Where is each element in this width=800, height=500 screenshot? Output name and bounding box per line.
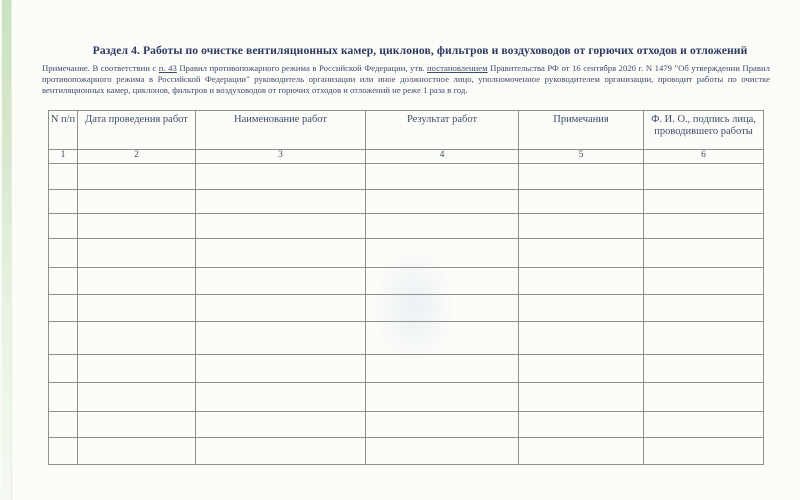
works-log-table: N п/п Дата проведения работ Наименование… [48,110,764,465]
column-number: 6 [644,149,764,163]
empty-cell [196,294,366,321]
empty-cell [519,267,644,294]
empty-log-row [49,321,764,354]
empty-cell [366,238,519,267]
col-header-work-name: Наименование работ [196,110,366,149]
empty-cell [196,163,366,189]
column-number: 4 [366,149,519,163]
empty-cell [78,163,196,189]
empty-cell [78,267,196,294]
note-text-before-link1: Примечание. В соответствии с [42,63,159,73]
empty-rows-body [49,163,764,464]
empty-cell [644,321,764,354]
empty-cell [49,321,78,354]
empty-cell [49,238,78,267]
empty-cell [196,382,366,411]
document-content: Раздел 4. Работы по очистке вентиляционн… [42,0,770,465]
empty-cell [644,189,764,213]
empty-log-row [49,411,764,437]
empty-log-row [49,437,764,464]
empty-cell [644,382,764,411]
note-link-postanovlenie: постановлением [427,63,488,73]
empty-cell [519,411,644,437]
empty-cell [366,213,519,238]
empty-cell [519,238,644,267]
empty-cell [519,163,644,189]
col-header-result: Результат работ [366,110,519,149]
empty-cell [196,213,366,238]
empty-cell [49,163,78,189]
empty-cell [49,213,78,238]
empty-cell [519,213,644,238]
col-header-notes: Примечания [519,110,644,149]
empty-cell [49,294,78,321]
section-title: Раздел 4. Работы по очистке вентиляционн… [42,44,770,57]
empty-cell [519,437,644,464]
empty-cell [78,238,196,267]
empty-cell [366,321,519,354]
empty-cell [78,382,196,411]
empty-cell [49,267,78,294]
empty-cell [366,267,519,294]
empty-cell [644,238,764,267]
empty-cell [49,189,78,213]
empty-cell [366,163,519,189]
column-number: 5 [519,149,644,163]
col-header-npp: N п/п [49,110,78,149]
scan-edge-strip [0,0,12,500]
empty-log-row [49,163,764,189]
empty-cell [49,382,78,411]
empty-cell [78,411,196,437]
empty-cell [519,354,644,382]
empty-cell [196,411,366,437]
empty-log-row [49,213,764,238]
note-paragraph: Примечание. В соответствии с п. 43 Прави… [42,63,770,96]
empty-log-row [49,294,764,321]
empty-cell [196,189,366,213]
empty-log-row [49,238,764,267]
empty-cell [519,189,644,213]
empty-cell [644,437,764,464]
empty-cell [644,163,764,189]
empty-cell [366,189,519,213]
column-number: 1 [49,149,78,163]
table-header-row: N п/п Дата проведения работ Наименование… [49,110,764,149]
empty-cell [366,382,519,411]
empty-cell [519,294,644,321]
empty-cell [196,267,366,294]
column-number: 3 [196,149,366,163]
empty-log-row [49,354,764,382]
empty-cell [196,437,366,464]
empty-cell [196,238,366,267]
empty-cell [644,354,764,382]
empty-log-row [49,189,764,213]
empty-cell [519,321,644,354]
empty-cell [519,382,644,411]
empty-log-row [49,267,764,294]
empty-cell [366,411,519,437]
empty-cell [366,437,519,464]
col-header-date: Дата проведения работ [78,110,196,149]
empty-cell [78,294,196,321]
empty-cell [78,213,196,238]
column-number: 2 [78,149,196,163]
empty-cell [78,321,196,354]
empty-cell [644,411,764,437]
empty-log-row [49,382,764,411]
empty-cell [196,321,366,354]
note-link-p43: п. 43 [159,63,177,73]
empty-cell [78,354,196,382]
empty-cell [366,294,519,321]
col-header-fio-signature: Ф. И. О., подпись лица, проводившего раб… [644,110,764,149]
note-text-between-links: Правил противопожарного режима в Российс… [177,63,427,73]
empty-cell [644,267,764,294]
empty-cell [49,437,78,464]
empty-cell [78,437,196,464]
empty-cell [644,294,764,321]
empty-cell [366,354,519,382]
empty-cell [196,354,366,382]
column-number-row: 1 2 3 4 5 6 [49,149,764,163]
empty-cell [49,354,78,382]
empty-cell [644,213,764,238]
empty-cell [49,411,78,437]
empty-cell [78,189,196,213]
